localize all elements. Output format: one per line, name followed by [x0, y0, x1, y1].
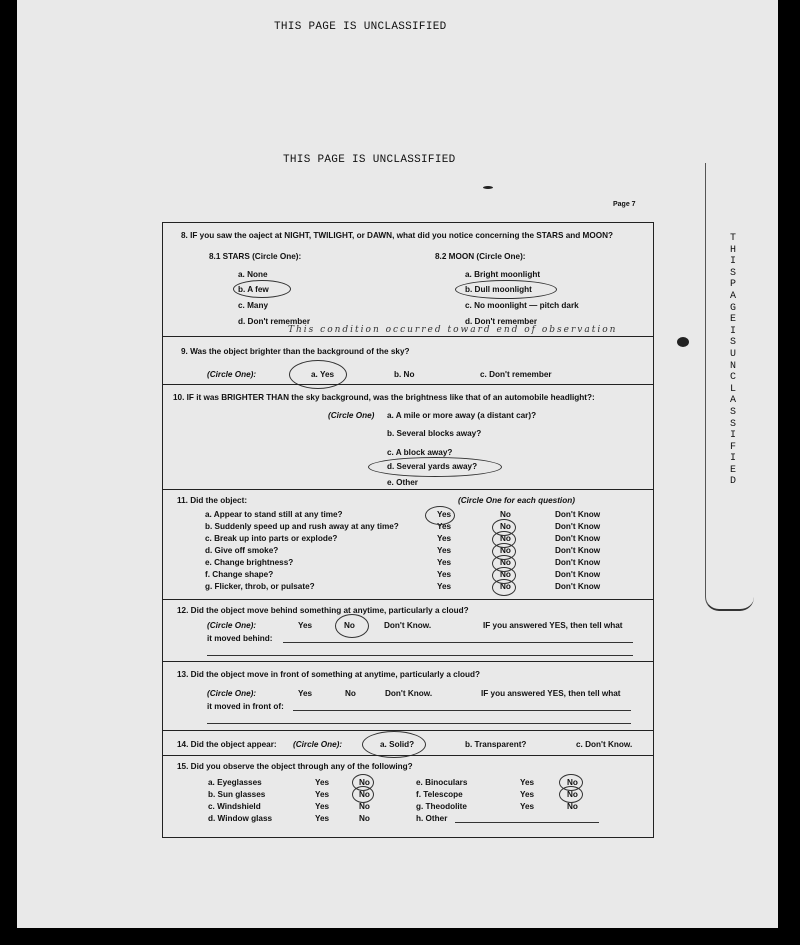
q12-followup: IF you answered YES, then tell what: [483, 621, 623, 630]
q14-instruction: (Circle One):: [293, 740, 342, 749]
q9-option-b[interactable]: b. No: [394, 370, 414, 379]
scanned-page: THIS PAGE IS UNCLASSIFIED THIS PAGE IS U…: [17, 0, 778, 928]
q15-e-yes[interactable]: Yes: [520, 778, 534, 787]
q15-item-g: g. Theodolite: [416, 802, 467, 811]
top-classification-stamp: THIS PAGE IS UNCLASSIFIED: [274, 21, 447, 33]
q10-instruction: (Circle One): [328, 411, 374, 420]
q13-answer-line[interactable]: [293, 710, 631, 711]
q12-answer-line[interactable]: [283, 642, 633, 643]
q9-option-c[interactable]: c. Don't remember: [480, 370, 552, 379]
q11-question: 11. Did the object:: [177, 496, 247, 505]
q11-item-b: b. Suddenly speed up and rush away at an…: [205, 522, 399, 531]
q15-g-no[interactable]: No: [567, 802, 578, 811]
q15-item-h: h. Other: [416, 814, 447, 823]
q13-answer-line-2[interactable]: [207, 723, 631, 724]
q13-question: 13. Did the object move in front of some…: [177, 670, 480, 679]
q8-stars-heading: 8.1 STARS (Circle One):: [209, 252, 301, 261]
side-classification-stamp: THIS PAGE IS UNCLASSIFIED: [728, 233, 738, 488]
q15-a-yes[interactable]: Yes: [315, 778, 329, 787]
q11-item-g: g. Flicker, throb, or pulsate?: [205, 582, 315, 591]
classification-stamp: THIS PAGE IS UNCLASSIFIED: [283, 154, 456, 166]
q12-option-dont-know[interactable]: Don't Know.: [384, 621, 431, 630]
q11-g-yes[interactable]: Yes: [437, 582, 451, 591]
section-divider: [163, 384, 653, 385]
q10-option-c[interactable]: c. A block away?: [387, 448, 452, 457]
q15-c-no[interactable]: No: [359, 802, 370, 811]
q8-stars-option-c[interactable]: c. Many: [238, 301, 268, 310]
q13-followup-label: it moved in front of:: [207, 702, 284, 711]
q11-f-dont-know[interactable]: Don't Know: [555, 570, 600, 579]
q12-instruction: (Circle One):: [207, 621, 256, 630]
q11-item-d: d. Give off smoke?: [205, 546, 278, 555]
circled-answer-mark: [335, 614, 369, 638]
q11-f-yes[interactable]: Yes: [437, 570, 451, 579]
q12-answer-line-2[interactable]: [207, 655, 633, 656]
section-divider: [163, 336, 653, 337]
q9-instruction: (Circle One):: [207, 370, 256, 379]
circled-answer-mark: [352, 786, 374, 803]
q11-item-e: e. Change brightness?: [205, 558, 293, 567]
q12-followup-label: it moved behind:: [207, 634, 273, 643]
q15-item-c: c. Windshield: [208, 802, 261, 811]
q13-followup: IF you answered YES, then tell what: [481, 689, 621, 698]
q11-c-yes[interactable]: Yes: [437, 534, 451, 543]
section-divider: [163, 755, 653, 756]
q10-option-e[interactable]: e. Other: [387, 478, 418, 487]
section-divider: [163, 661, 653, 662]
q12-option-yes[interactable]: Yes: [298, 621, 312, 630]
section-divider: [163, 599, 653, 600]
q8-question: 8. IF you saw the oaject at NIGHT, TWILI…: [181, 231, 613, 240]
section-divider: [163, 730, 653, 731]
q12-question: 12. Did the object move behind something…: [177, 606, 469, 615]
q8-moon-option-c[interactable]: c. No moonlight — pitch dark: [465, 301, 579, 310]
q15-g-yes[interactable]: Yes: [520, 802, 534, 811]
questionnaire-form: 8. IF you saw the oaject at NIGHT, TWILI…: [162, 222, 654, 838]
q8-moon-heading: 8.2 MOON (Circle One):: [435, 252, 526, 261]
q13-option-dont-know[interactable]: Don't Know.: [385, 689, 432, 698]
q11-c-dont-know[interactable]: Don't Know: [555, 534, 600, 543]
q14-option-c[interactable]: c. Don't Know.: [576, 740, 632, 749]
section-divider: [163, 489, 653, 490]
q15-d-no[interactable]: No: [359, 814, 370, 823]
q13-instruction: (Circle One):: [207, 689, 256, 698]
q11-a-dont-know[interactable]: Don't Know: [555, 510, 600, 519]
circled-answer-mark: [492, 579, 516, 596]
q8-stars-option-a[interactable]: a. None: [238, 270, 268, 279]
page-number: Page 7: [613, 201, 636, 208]
q15-c-yes[interactable]: Yes: [315, 802, 329, 811]
ink-blot: [677, 337, 689, 347]
q11-a-no[interactable]: No: [500, 510, 511, 519]
q11-item-a: a. Appear to stand still at any time?: [205, 510, 343, 519]
circled-answer-mark: [455, 280, 557, 299]
q8-moon-option-a[interactable]: a. Bright moonlight: [465, 270, 540, 279]
circled-answer-mark: [368, 457, 502, 477]
q15-item-a: a. Eyeglasses: [208, 778, 262, 787]
circled-answer-mark: [362, 731, 426, 758]
q10-option-a[interactable]: a. A mile or more away (a distant car)?: [387, 411, 536, 420]
q11-b-dont-know[interactable]: Don't Know: [555, 522, 600, 531]
q11-g-dont-know[interactable]: Don't Know: [555, 582, 600, 591]
q10-question: 10. IF it was BRIGHTER THAN the sky back…: [173, 393, 595, 402]
q11-d-yes[interactable]: Yes: [437, 546, 451, 555]
handwritten-note: This condition occurred toward end of ob…: [288, 325, 617, 335]
q15-d-yes[interactable]: Yes: [315, 814, 329, 823]
q9-question: 9. Was the object brighter than the back…: [181, 347, 410, 356]
q15-f-yes[interactable]: Yes: [520, 790, 534, 799]
q13-option-yes[interactable]: Yes: [298, 689, 312, 698]
q11-d-dont-know[interactable]: Don't Know: [555, 546, 600, 555]
q15-item-f: f. Telescope: [416, 790, 463, 799]
q11-e-yes[interactable]: Yes: [437, 558, 451, 567]
q15-b-yes[interactable]: Yes: [315, 790, 329, 799]
q13-option-no[interactable]: No: [345, 689, 356, 698]
circled-answer-mark: [233, 280, 291, 298]
q11-item-f: f. Change shape?: [205, 570, 273, 579]
circled-answer-mark: [425, 506, 455, 525]
q11-instruction: (Circle One for each question): [458, 496, 575, 505]
q15-item-d: d. Window glass: [208, 814, 272, 823]
q15-other-answer-line[interactable]: [455, 822, 599, 823]
ink-mark: [483, 186, 493, 189]
q15-item-b: b. Sun glasses: [208, 790, 265, 799]
q15-question: 15. Did you observe the object through a…: [177, 762, 413, 771]
circled-answer-mark: [559, 786, 583, 803]
q15-item-e: e. Binoculars: [416, 778, 467, 787]
q14-option-b[interactable]: b. Transparent?: [465, 740, 526, 749]
q11-item-c: c. Break up into parts or explode?: [205, 534, 337, 543]
q10-option-b[interactable]: b. Several blocks away?: [387, 429, 481, 438]
q11-e-dont-know[interactable]: Don't Know: [555, 558, 600, 567]
q14-question: 14. Did the object appear:: [177, 740, 277, 749]
